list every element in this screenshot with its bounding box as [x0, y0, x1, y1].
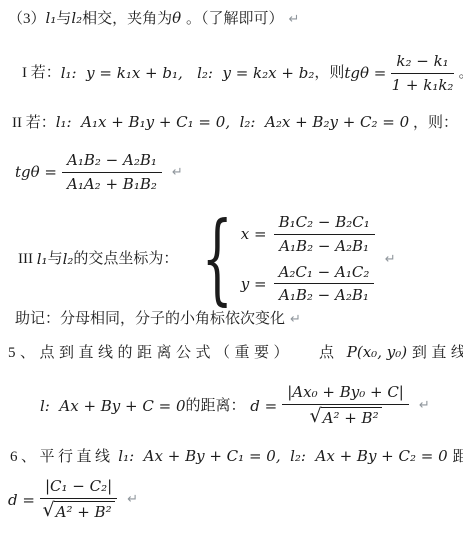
- text-run: 助记：分母相同，分子的小角标依次变化: [15, 309, 285, 329]
- text-run: 的距离：: [186, 396, 246, 416]
- paragraph-tan-theta-formula: tgθ =A₁B₂ − A₂B₁A₁A₂ + B₁B₂↵: [15, 151, 183, 194]
- text-run: 与: [48, 249, 63, 269]
- math-run: l₁: Ax + By + C₁ = 0, l₂: Ax + By + C₂ =…: [114, 446, 453, 466]
- text-run: 距离：: [452, 447, 463, 467]
- paragraph-mark-icon: ↵: [289, 12, 300, 27]
- paragraph-case-I-slope-intercept: I 若：l₁: y = k₁x + b₁, l₂: y = k₂x + b₂，则…: [22, 52, 463, 95]
- math-run: y =: [241, 274, 267, 294]
- fraction: |C₁ − C₂|√A² + B²: [40, 477, 117, 522]
- fraction-denominator: A₁B₂ − A₂B₁: [279, 284, 369, 305]
- text-run: 到直线: [412, 343, 463, 363]
- fraction-denominator: 1 + k₁k₂: [392, 74, 454, 95]
- fraction-numerator: B₁C₂ − B₂C₁: [274, 213, 375, 235]
- square-root: √A² + B²: [310, 407, 382, 429]
- math-run: l₁: y = k₁x + b₁, l₂: y = k₂x + b₂: [61, 63, 315, 83]
- paragraph-section-6-parallel-lines: 6、平行直线 l₁: Ax + By + C₁ = 0, l₂: Ax + By…: [10, 446, 463, 467]
- math-run: l₁: A₁x + B₁y + C₁ = 0, l₂: A₂x + B₂y + …: [56, 112, 409, 132]
- paragraph-heading-lines-intersect: （3）l₁与l₂相交，夹角为θ 。（了解即可）↵: [8, 8, 299, 29]
- paragraph-mnemonic: 助记：分母相同，分子的小角标依次变化↵: [15, 309, 301, 329]
- paragraph-mark-icon: ↵: [385, 252, 396, 267]
- math-run: l: Ax + By + C = 0: [40, 396, 186, 416]
- text-run: 。: [459, 63, 463, 83]
- radicand: A² + B²: [321, 407, 382, 429]
- fraction-numerator: |C₁ − C₂|: [40, 477, 117, 499]
- fraction-numerator: |Ax₀ + By₀ + C|: [282, 383, 409, 405]
- square-root: √A² + B²: [43, 501, 115, 523]
- fraction: A₁B₂ − A₂B₁A₁A₂ + B₁B₂: [62, 151, 162, 194]
- math-run: l₁: [37, 249, 48, 269]
- text-run: 5、点到直线的距离公式（重要）: [8, 343, 293, 363]
- text-run: I 若：: [22, 63, 61, 83]
- fraction: k₂ − k₁1 + k₁k₂: [391, 52, 453, 95]
- fraction-numerator: A₁B₂ − A₂B₁: [62, 151, 162, 173]
- paragraph-case-III-intersection-point: III l₁与l₂的交点坐标为：{x =B₁C₂ − B₂C₁A₁B₂ − A₂…: [18, 213, 396, 305]
- fraction-denominator: √A² + B²: [43, 499, 115, 523]
- paragraph-mark-icon: ↵: [290, 312, 301, 327]
- paragraph-mark-icon: ↵: [419, 398, 430, 413]
- math-run: l₂: [71, 8, 82, 28]
- text-run: 。（了解即可）: [186, 9, 284, 29]
- paragraph-distance-formula: l: Ax + By + C = 0的距离： d =|Ax₀ + By₀ + C…: [40, 383, 430, 428]
- spacer: [293, 356, 319, 357]
- math-run: P(x₀, y₀): [347, 342, 412, 362]
- paragraph-mark-icon: ↵: [172, 165, 183, 180]
- math-run: x =: [241, 224, 267, 244]
- text-run: ，则: [314, 63, 344, 83]
- paragraph-section-5-distance-heading: 5、点到直线的距离公式（重要）点 P(x₀, y₀) 到直线: [8, 342, 463, 363]
- math-run: l₂: [63, 249, 74, 269]
- math-run: d =: [8, 490, 35, 510]
- fraction: B₁C₂ − B₂C₁A₁B₂ − A₂B₁: [274, 213, 375, 256]
- text-run: II 若：: [12, 113, 56, 133]
- paragraph-case-II-general-form: II 若：l₁: A₁x + B₁y + C₁ = 0, l₂: A₂x + B…: [12, 112, 463, 133]
- fraction-numerator: k₂ − k₁: [391, 52, 453, 74]
- system-row: x =B₁C₂ − B₂C₁A₁B₂ − A₂B₁: [241, 213, 380, 256]
- math-run: θ: [172, 8, 186, 28]
- fraction-denominator: A₁A₂ + B₁B₂: [67, 173, 157, 194]
- fraction-numerator: A₂C₁ − A₁C₂: [274, 263, 375, 285]
- fraction-denominator: A₁B₂ − A₂B₁: [279, 235, 369, 256]
- radicand: A² + B²: [54, 501, 115, 523]
- text-run: （3）: [8, 9, 46, 29]
- text-run: 与: [56, 9, 71, 29]
- fraction: |Ax₀ + By₀ + C|√A² + B²: [282, 383, 409, 428]
- document-page: （3）l₁与l₂相交，夹角为θ 。（了解即可）↵ I 若：l₁: y = k₁x…: [0, 0, 463, 538]
- system-rows: x =B₁C₂ − B₂C₁A₁B₂ − A₂B₁y =A₂C₁ − A₁C₂A…: [241, 213, 380, 305]
- paragraph-mark-icon: ↵: [127, 492, 138, 507]
- text-run: 相交，夹角为: [82, 9, 172, 29]
- text-run: 6、平行直线: [10, 447, 114, 467]
- math-run: d =: [246, 396, 278, 416]
- text-run: 的交点坐标为：: [73, 249, 178, 269]
- math-run: tgθ =: [15, 162, 57, 182]
- left-brace-icon: {: [202, 215, 233, 303]
- fraction: A₂C₁ − A₁C₂A₁B₂ − A₂B₁: [274, 263, 375, 306]
- text-run: ，则：: [409, 113, 458, 133]
- text-run: 点: [319, 343, 347, 363]
- system-row: y =A₂C₁ − A₁C₂A₁B₂ − A₂B₁: [241, 263, 380, 306]
- paragraph-parallel-distance-formula: d =|C₁ − C₂|√A² + B²↵: [8, 477, 138, 522]
- equation-system: {x =B₁C₂ − B₂C₁A₁B₂ − A₂B₁y =A₂C₁ − A₁C₂…: [186, 213, 379, 305]
- math-run: tgθ =: [344, 63, 386, 83]
- math-run: l₁: [46, 8, 57, 28]
- text-run: III: [18, 249, 37, 269]
- fraction-denominator: √A² + B²: [310, 405, 382, 429]
